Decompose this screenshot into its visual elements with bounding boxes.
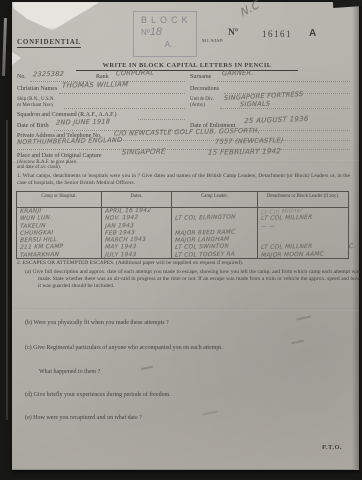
- question-2a-text: (a) Give full description and approx. da…: [25, 269, 360, 289]
- camps-table-column-dates: Dates. APRIL 16 1942 NOV. 1942 JAN 1943 …: [102, 192, 172, 258]
- question-2-heading: 2. ESCAPES OR ATTEMPTED ESCAPES. (Additi…: [17, 260, 350, 267]
- surname-rule: [217, 80, 350, 82]
- date-of-enlistment-value: 25 AUGUST 1936: [244, 116, 309, 125]
- address-rule2: [17, 148, 350, 150]
- christian-names-label: Christian Names: [17, 86, 57, 93]
- camps-table: Camp or Hospital. KRANJI WUN LUN. TAKELI…: [16, 191, 349, 259]
- block-number-stamp: BLOCK Nº18 A.: [133, 11, 197, 57]
- form-series-letter: A: [309, 30, 316, 37]
- christian-names-value: THOMAS WILLIAM: [62, 81, 129, 89]
- questionnaire-page: N.C BLOCK Nº18 A. CONFIDENTIAL M.I. 9/JA…: [12, 2, 359, 470]
- capture-date-value: 15 FEBRUARY 1942: [208, 148, 281, 157]
- question-2e-text: (e) How were you recaptured and on what …: [25, 415, 142, 422]
- classification-marking: CONFIDENTIAL: [17, 39, 81, 48]
- christian-names-rule: [59, 92, 185, 94]
- stamp-number-line: Nº18: [141, 26, 196, 38]
- address-value-line1: C/O NEWCASTLE GOLF CLUB, GOSFORTH,: [114, 127, 260, 137]
- form-number-label: Nº: [228, 30, 238, 37]
- squadron-rule: [138, 118, 185, 120]
- block-capitals-instruction: WRITE IN BLOCK CAPITAL LETTERS IN PENCIL: [76, 62, 298, 71]
- leader-column-header: Camp Leader.: [172, 192, 257, 208]
- question-2c2-text: What happened to them ?: [39, 369, 100, 376]
- stamp-number: 18: [150, 26, 162, 38]
- rank-value: CORPORAL: [116, 70, 155, 78]
- service-no-label: No.: [17, 74, 26, 81]
- stamp-word: BLOCK: [141, 15, 196, 25]
- capture-label: Place and Date of Original Capture: [17, 153, 101, 160]
- decorations-label: Decorations: [190, 86, 219, 93]
- form-ref-prefix: M.I. 9/JAP/: [202, 37, 223, 44]
- torn-edge-nick: [12, 52, 21, 65]
- unit-label-line2: (Army): [190, 103, 205, 109]
- paper-right-shade: [352, 2, 359, 469]
- service-no-value: 2325382: [33, 71, 64, 79]
- page-edge-shadow: [6, 120, 8, 420]
- pencil-dash-c2: [141, 366, 153, 370]
- ship-rule: [64, 107, 185, 109]
- surname-value: GARNER.: [222, 70, 254, 78]
- fold-crease-lower: [12, 308, 359, 311]
- ship-label-line1: Ship (R.N., U.S.N.: [17, 97, 55, 103]
- question-1-text: 1. What camps, detachments or hospitals …: [17, 173, 350, 186]
- pencil-dash-b: [296, 315, 311, 320]
- question-2c-text: (c) Give Regimental particulars of anyon…: [25, 345, 223, 352]
- scanned-document-photo: N.C BLOCK Nº18 A. CONFIDENTIAL M.I. 9/JA…: [0, 0, 362, 480]
- page-edge-highlight: [2, 18, 7, 76]
- stamp-no-prefix: Nº: [141, 28, 150, 37]
- page-turn-over-note: P.T.O.: [322, 444, 342, 451]
- form-serial-number: 16161: [262, 31, 292, 38]
- camps-table-column-leader: Camp Leader. LT COL ELRINGTON MAJOR REED…: [172, 192, 258, 258]
- camps-table-column-block-leader: Detachment or Block Leader (if any). Lt …: [258, 192, 348, 258]
- unit-rule: [220, 107, 350, 109]
- dates-column-header: Dates.: [102, 192, 171, 208]
- block-leader-cell: MAJOR MOON AAMC: [258, 251, 348, 260]
- address-phone: 7557 (NEWCASTLE): [215, 137, 284, 145]
- question-2b-text: (b) Were you physically fit when you mad…: [25, 320, 169, 327]
- pencil-mark-e: [202, 410, 218, 415]
- leader-cell: LT COL TOOSEY RA: [172, 251, 257, 260]
- dates-cell: JULY 1943: [102, 251, 171, 260]
- camp-column-header: Camp or Hospital.: [17, 192, 101, 208]
- camp-cell: TAMARKHAN: [17, 251, 101, 260]
- capture-place-value: SINGAPORE: [122, 149, 166, 157]
- stamp-letter: A.: [141, 40, 196, 49]
- pencil-dash-c: [291, 340, 304, 344]
- ship-label-line2: or Merchant Navy: [17, 103, 54, 109]
- camps-table-column-camp: Camp or Hospital. KRANJI WUN LUN. TAKELI…: [17, 192, 102, 258]
- surname-label: Surname: [190, 74, 211, 81]
- address-value-line2: NORTHUMBERLAND ENGLAND: [17, 137, 123, 146]
- capture-sublabel-line2: and date of a/c crash).: [17, 165, 61, 171]
- unit-label-line1: Unit & Div.: [190, 97, 214, 103]
- table-margin-note: C.: [349, 243, 357, 250]
- date-of-birth-label: Date of Birth: [17, 123, 49, 130]
- pencil-annotation: N.C: [240, 0, 260, 16]
- question-2d-text: (d) Give briefly your experiences during…: [25, 392, 171, 399]
- date-of-birth-value: 2ND JUNE 1918: [56, 118, 111, 126]
- torn-paper-fragment: [12, 2, 100, 32]
